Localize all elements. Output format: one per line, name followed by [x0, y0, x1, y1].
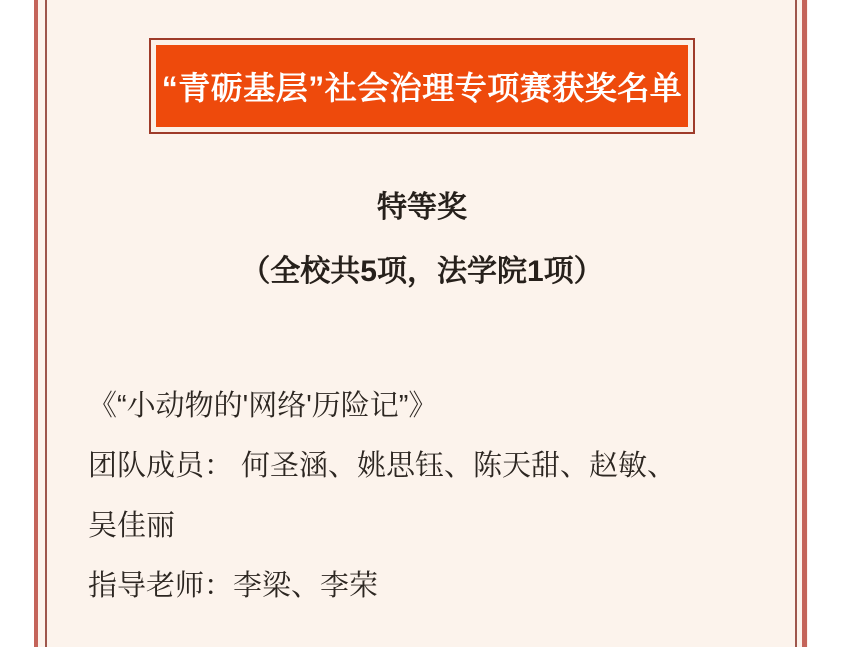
content-panel: “青砺基层”社会治理专项赛获奖名单 特等奖 （全校共5项，法学院1项） 《“小动…	[36, 0, 808, 647]
title-banner: “青砺基层”社会治理专项赛获奖名单	[149, 38, 695, 134]
prize-heading: 特等奖	[36, 190, 808, 226]
title-banner-fill: “青砺基层”社会治理专项赛获奖名单	[156, 45, 688, 127]
left-inner-rule-line	[45, 0, 47, 647]
right-outer-rule-line	[802, 0, 807, 647]
advisors-line: 指导老师：李梁、李荣	[88, 556, 768, 616]
page: “青砺基层”社会治理专项赛获奖名单 特等奖 （全校共5项，法学院1项） 《“小动…	[0, 0, 841, 647]
prize-count-heading: （全校共5项，法学院1项）	[36, 254, 808, 290]
team-members-overflow-line: 吴佳丽	[88, 496, 768, 556]
team-members-line: 团队成员： 何圣涵、姚思钰、陈天甜、赵敏、	[88, 436, 768, 496]
award-entry: 《“小动物的'网络'历险记”》 团队成员： 何圣涵、姚思钰、陈天甜、赵敏、 吴佳…	[36, 376, 808, 616]
right-inner-rule-line	[795, 0, 797, 647]
banner-title: “青砺基层”社会治理专项赛获奖名单	[162, 63, 683, 109]
project-title: 《“小动物的'网络'历险记”》	[88, 376, 768, 436]
left-outer-rule-line	[34, 0, 38, 647]
